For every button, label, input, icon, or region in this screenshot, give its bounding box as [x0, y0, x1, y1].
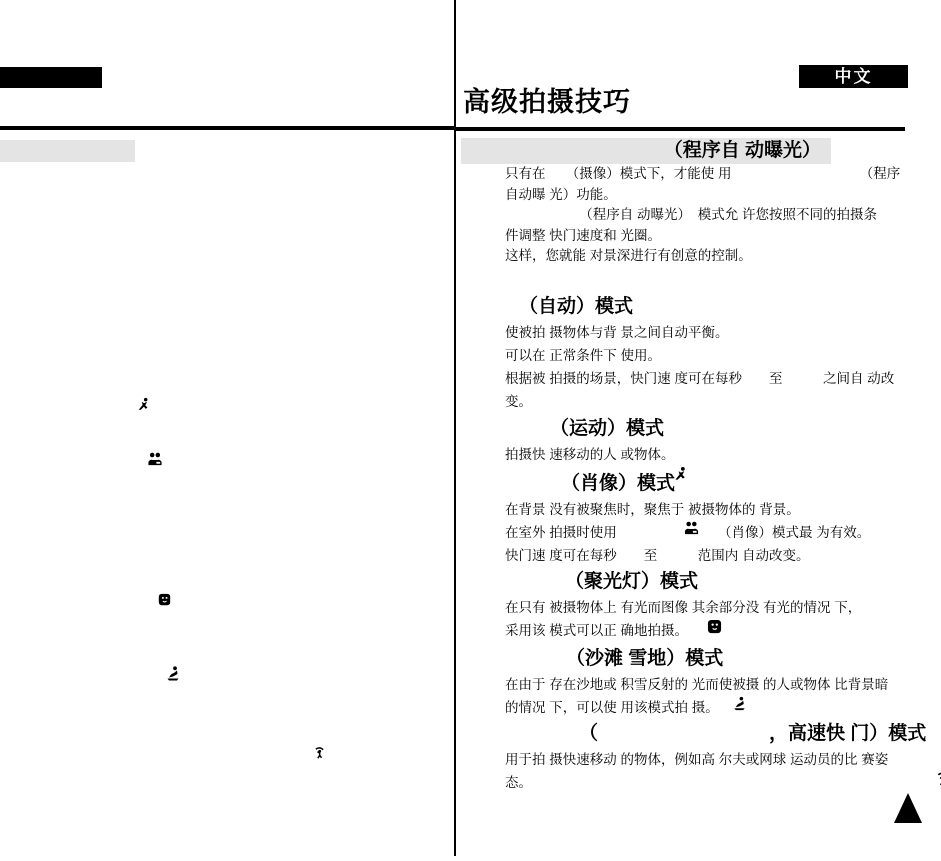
section-auto-heading-label: （自动）模式: [519, 296, 633, 318]
section-high-speed-shutter-heading: （ ，高速快 门）模式: [456, 723, 941, 745]
section-sports-heading: （运动）模式: [456, 418, 941, 440]
section-sand-snow-heading-label: （沙滩 雪地）模式: [566, 648, 723, 670]
sand-snow-icon: [165, 665, 181, 682]
section-portrait-heading: （肖像）模式: [456, 473, 941, 495]
sports-icon: [673, 422, 688, 437]
spotlight-icon: [707, 575, 722, 590]
section-auto-body: 使被拍 摄物体与背 景之间自动平衡。 可以在 正常条件下 使用。 根据被 拍摄的…: [456, 321, 941, 413]
section-spotlight: （聚光灯）模式 在只有 被摄物体上 有光而图像 其余部分没 有光的情况 下， 采…: [456, 571, 941, 642]
left-page-tab: [0, 67, 102, 88]
page-corner-triangle: [894, 793, 922, 823]
section-sand-snow-heading: （沙滩 雪地）模式: [456, 648, 941, 670]
section-portrait: （肖像）模式 在背景 没有被聚焦时，聚焦于 被摄物体的 背景。 在室外 拍摄时使…: [456, 473, 941, 567]
section-spotlight-heading-label: （聚光灯）模式: [565, 571, 698, 593]
section-sports: （运动）模式 拍摄快 速移动的人 或物体。: [456, 418, 941, 466]
sand-snow-icon: [732, 652, 747, 667]
section-sports-heading-label: （运动）模式: [550, 418, 664, 440]
section-sand-snow: （沙滩 雪地）模式 在由于 存在沙地或 积雪反射的 光而使被摄 的人或物体 比背…: [456, 648, 941, 719]
high-speed-shutter-icon: [313, 744, 326, 761]
section-portrait-heading-label: （肖像）模式: [561, 473, 675, 495]
left-column-section-bar: [0, 140, 135, 162]
right-header-rule: [456, 127, 905, 131]
section-portrait-body: 在背景 没有被聚焦时，聚焦于 被摄物体的 背景。 在室外 拍摄时使用 （肖像）模…: [456, 498, 941, 567]
section-high-speed-shutter-heading-label: （ ，高速快 门）模式: [579, 723, 926, 745]
section-spotlight-heading: （聚光灯）模式: [456, 571, 941, 593]
section-high-speed-shutter-body: 用于拍 摄快速移动 的物体，例如高 尔夫或网球 运动员的比 赛姿 态。: [456, 748, 941, 794]
sports-icon: [136, 397, 151, 411]
portrait-icon: [146, 452, 164, 467]
section-spotlight-body: 在只有 被摄物体上 有光而图像 其余部分没 有光的情况 下， 采用该 模式可以正…: [456, 596, 941, 642]
left-header-rule: [0, 126, 456, 130]
section-sand-snow-body: 在由于 存在沙地或 积雪反射的 光而使被摄 的人或物体 比背景暗 的情况 下，可…: [456, 673, 941, 719]
intro-paragraph: 只有在 （摄像）模式下，才能使 用 （程序 自动曝 光）功能。 （程序自 动曝光…: [505, 164, 941, 267]
section-auto: （自动）模式 使被拍 摄物体与背 景之间自动平衡。 可以在 正常条件下 使用。 …: [456, 296, 941, 413]
manual-page: 中文 高级拍摄技巧 （程序自 动曝光） 只有在 （摄像）模式下，才能使 用 （程…: [0, 0, 941, 861]
spotlight-icon: [158, 592, 171, 607]
high-speed-shutter-icon: [935, 727, 941, 742]
page-title: 高级拍摄技巧: [463, 86, 631, 118]
program-ae-section-bar: （程序自 动曝光）: [461, 138, 831, 164]
portrait-icon: [684, 477, 699, 492]
language-badge: 中文: [799, 65, 908, 88]
section-auto-heading: （自动）模式: [456, 296, 941, 318]
section-high-speed-shutter: （ ，高速快 门）模式 用于拍 摄快速移动 的物体，例如高 尔夫或网球 运动员的…: [456, 723, 941, 794]
